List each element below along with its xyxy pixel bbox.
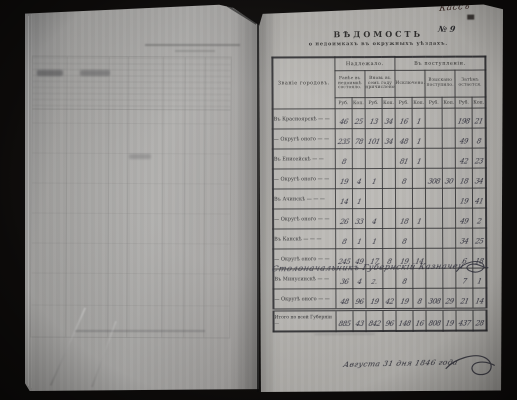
value-cell: 42: [456, 148, 473, 168]
handwritten-value: 8: [341, 158, 347, 166]
page-fold-line: [257, 24, 259, 392]
column-group-header: Въ поступленіи.: [395, 57, 486, 71]
total-value-cell: 842: [366, 309, 383, 331]
unit-header: Коп.: [412, 97, 425, 108]
handwritten-value: 8: [401, 178, 407, 186]
handwritten-value: 34: [384, 138, 394, 146]
value-cell: 1: [365, 228, 382, 248]
column-header: Ранѣе въ недоимкѣ состояло.: [335, 71, 365, 98]
handwritten-value: 34: [460, 238, 470, 246]
total-label: Итого по всей Губерніи —: [273, 310, 335, 332]
unit-header: Коп.: [442, 97, 455, 108]
total-value-cell: 96: [383, 309, 396, 331]
ghost-table-header: [32, 56, 230, 110]
value-cell: 13: [365, 108, 382, 128]
row-label: Въ Канскѣ — — —: [273, 229, 335, 249]
value-cell: [365, 188, 382, 208]
handwritten-value: 46: [339, 118, 349, 126]
unit-header: Коп.: [352, 98, 365, 109]
document-subtitle: о недоимкахъ въ окружныхъ уѣздахъ.: [268, 41, 488, 48]
value-cell: 78: [352, 129, 365, 149]
unit-header: Руб.: [425, 97, 442, 108]
value-cell: 1: [365, 168, 382, 188]
value-cell: [352, 149, 365, 169]
corner-handwriting: Кассъ: [439, 3, 471, 14]
handwritten-value: 19: [445, 320, 455, 328]
handwritten-value: 885: [338, 320, 352, 328]
handwritten-value: 33: [354, 218, 364, 226]
handwritten-value: 8: [401, 238, 407, 246]
value-cell: [443, 208, 456, 228]
value-cell: 30: [443, 168, 456, 188]
value-cell: 8: [395, 168, 412, 188]
handwritten-value: 13: [369, 118, 379, 126]
document-content: Кассъ № 9 ВѢДОМОСТЬ о недоимкахъ въ окру…: [259, 3, 503, 392]
value-cell: [425, 108, 442, 128]
value-cell: 8: [335, 149, 352, 169]
arrears-table: Званіе городовъ.Надлежало.Въ поступленіи…: [271, 56, 487, 333]
value-cell: [442, 148, 455, 168]
handwritten-value: 148: [398, 320, 412, 328]
handwritten-value: 8: [417, 298, 423, 306]
unit-header: Руб.: [455, 97, 472, 108]
handwritten-value: 48: [339, 298, 349, 306]
handwritten-value: 21: [460, 298, 470, 306]
handwritten-value: 48: [399, 138, 409, 146]
value-cell: 1: [412, 108, 425, 128]
value-cell: [395, 188, 412, 208]
row-label-header: Званіе городовъ.: [272, 57, 334, 109]
value-cell: 8: [396, 228, 413, 248]
handwritten-value: 49: [460, 218, 470, 226]
value-cell: 25: [473, 228, 486, 248]
value-cell: 34: [382, 108, 395, 128]
handwritten-value: 34: [384, 118, 394, 126]
value-cell: 19: [366, 288, 383, 309]
value-cell: 8: [335, 229, 352, 249]
column-header: Взыскано поступило.: [425, 70, 455, 97]
value-cell: [442, 128, 455, 148]
total-value-cell: 885: [336, 310, 353, 332]
ink-smudge: [80, 70, 110, 76]
value-cell: 1: [413, 208, 426, 228]
value-cell: [425, 148, 442, 168]
handwritten-value: 21: [474, 118, 484, 126]
handwritten-value: 1: [356, 198, 362, 206]
handwritten-value: 19: [459, 198, 469, 206]
handwritten-value: 101: [367, 138, 381, 146]
microfilm-photo: Кассъ № 9 ВѢДОМОСТЬ о недоимкахъ въ окру…: [0, 0, 517, 400]
value-cell: 19: [456, 188, 473, 208]
value-cell: 8: [413, 288, 426, 309]
signature-flourish: [455, 259, 489, 277]
handwritten-value: 19: [339, 178, 349, 186]
column-header: Вновь въ семъ году причислено.: [365, 70, 395, 97]
handwritten-value: 26: [339, 218, 349, 226]
unit-header: Руб.: [335, 98, 352, 109]
row-label: — Округѣ оного — —: [273, 209, 335, 229]
value-cell: 25: [352, 109, 365, 129]
handwritten-value: 16: [399, 118, 409, 126]
value-cell: 81: [395, 148, 412, 168]
value-cell: 46: [335, 109, 352, 129]
document-title: ВѢДОМОСТЬ: [278, 29, 478, 40]
handwritten-value: 96: [354, 298, 364, 306]
handwritten-value: 14: [339, 198, 349, 206]
handwritten-value: 308: [427, 178, 441, 186]
value-cell: 96: [353, 289, 366, 310]
handwritten-value: 16: [415, 320, 425, 328]
value-cell: 14: [473, 288, 486, 309]
ghost-table: [30, 55, 231, 338]
corner-mark: [467, 15, 474, 20]
handwritten-value: 2: [476, 218, 482, 226]
value-cell: 14: [335, 189, 352, 209]
unit-header: Руб.: [395, 97, 412, 108]
value-cell: 2: [473, 208, 486, 228]
handwritten-value: 8: [402, 278, 408, 286]
value-cell: [382, 208, 395, 228]
handwritten-value: 1: [477, 278, 483, 286]
value-cell: 4: [365, 208, 382, 228]
row-label: Въ Енисейскѣ — —: [273, 149, 335, 169]
handwritten-value: 808: [428, 320, 442, 328]
value-cell: 34: [473, 168, 486, 188]
total-value-cell: 437: [456, 309, 473, 331]
right-page: Кассъ № 9 ВѢДОМОСТЬ о недоимкахъ въ окру…: [259, 3, 503, 392]
value-cell: 1: [352, 189, 365, 209]
value-cell: 308: [426, 288, 443, 309]
handwritten-value: 437: [458, 320, 472, 328]
date-flourish: [445, 350, 497, 380]
pencil-note: [145, 44, 240, 46]
handwritten-value: 1: [416, 118, 422, 126]
value-cell: [382, 148, 395, 168]
total-value-cell: 16: [413, 309, 426, 331]
value-cell: 34: [382, 128, 395, 148]
value-cell: [426, 228, 443, 248]
row-label: — Округѣ оного — —: [273, 169, 335, 189]
handwritten-value: 25: [475, 238, 485, 246]
value-cell: 8: [472, 128, 485, 148]
handwritten-value: 25: [354, 118, 364, 126]
table-row: Въ Красноярскѣ — —4625133416119821: [273, 108, 486, 129]
handwritten-value: 198: [457, 118, 471, 126]
value-cell: 235: [335, 129, 352, 149]
value-cell: 48: [336, 289, 353, 310]
handwritten-value: 1: [371, 178, 377, 186]
handwritten-value: 4: [371, 218, 377, 226]
table-row: — Округѣ оного — —19418308301834: [273, 168, 486, 189]
value-cell: 1: [412, 128, 425, 148]
handwritten-value: 36: [339, 278, 349, 286]
date-handwriting: Августа 31 дня 1846 года: [342, 358, 458, 369]
value-cell: 49: [456, 208, 473, 228]
total-value-cell: 28: [473, 309, 486, 331]
value-cell: [413, 188, 426, 208]
table-row: Въ Ачинскѣ — — —1411941: [273, 188, 486, 209]
handwritten-value: 308: [428, 298, 442, 306]
handwritten-value: 42: [459, 158, 469, 166]
value-cell: 101: [365, 128, 382, 148]
value-cell: 48: [395, 128, 412, 148]
value-cell: 308: [425, 168, 442, 188]
value-cell: 29: [443, 288, 456, 309]
handwritten-value: 4: [356, 178, 362, 186]
handwritten-value: 19: [400, 298, 410, 306]
value-cell: 42: [383, 288, 396, 309]
unit-header: Руб.: [365, 97, 382, 108]
total-value-cell: 808: [426, 309, 443, 331]
value-cell: 21: [472, 108, 485, 128]
handwritten-value: 34: [474, 178, 484, 186]
gutter-shadow: [233, 4, 259, 391]
row-label: Въ Ачинскѣ — — —: [273, 189, 335, 209]
value-cell: 1: [352, 229, 365, 249]
value-cell: [365, 148, 382, 168]
value-cell: [412, 168, 425, 188]
row-label: — Округѣ оного — —: [273, 129, 335, 149]
value-cell: 49: [455, 128, 472, 148]
handwritten-value: 1: [416, 138, 422, 146]
value-cell: 18: [456, 168, 473, 188]
handwritten-value: 1: [356, 238, 362, 246]
column-header: Исключено.: [395, 70, 425, 97]
value-cell: 18: [396, 208, 413, 228]
value-cell: 19: [396, 288, 413, 309]
value-cell: [426, 188, 443, 208]
ink-smudge: [37, 70, 63, 76]
handwritten-value: 49: [459, 138, 469, 146]
handwritten-value: 30: [444, 178, 454, 186]
total-row: Итого по всей Губерніи —8854384296148168…: [273, 309, 486, 331]
value-cell: 41: [473, 188, 486, 208]
value-cell: 23: [473, 148, 486, 168]
handwritten-value: 235: [337, 138, 351, 146]
handwritten-value: 8: [476, 138, 482, 146]
value-cell: 19: [335, 169, 352, 189]
handwritten-value: 1: [416, 218, 422, 226]
value-cell: [383, 228, 396, 248]
ink-smudge: [129, 154, 151, 159]
handwritten-value: 4: [356, 278, 362, 286]
value-cell: [443, 188, 456, 208]
value-cell: 33: [352, 209, 365, 229]
value-cell: 16: [395, 108, 412, 128]
handwritten-value: 1: [371, 238, 377, 246]
value-cell: [442, 108, 455, 128]
handwritten-value: 96: [385, 320, 395, 328]
table-row: — Округѣ оного — —26334181492: [273, 208, 486, 229]
handwritten-value: 7: [462, 278, 468, 286]
handwritten-value: 23: [474, 158, 484, 166]
table-row: — Округѣ оного — —48961942198308292114: [273, 288, 486, 310]
handwritten-value: 41: [474, 198, 484, 206]
handwritten-value: 81: [399, 158, 409, 166]
handwritten-value: 42: [385, 298, 395, 306]
value-cell: 26: [335, 209, 352, 229]
handwritten-value: 842: [368, 320, 382, 328]
value-cell: [443, 268, 456, 288]
table-row: Въ Енисейскѣ — —88114223: [273, 148, 486, 169]
value-cell: [413, 228, 426, 248]
column-header: Затѣмъ остается.: [455, 70, 485, 97]
value-cell: [425, 128, 442, 148]
handwritten-value: 78: [354, 138, 364, 146]
table-row: — Округѣ оного — —2357810134481498: [273, 128, 486, 149]
handwritten-value: 43: [355, 320, 365, 328]
value-cell: 4: [352, 169, 365, 189]
handwritten-value: 18: [459, 178, 469, 186]
left-page: [25, 4, 259, 391]
value-cell: [443, 228, 456, 248]
value-cell: [382, 168, 395, 188]
total-value-cell: 43: [353, 310, 366, 332]
unit-header: Коп.: [472, 97, 485, 108]
value-cell: 34: [456, 228, 473, 248]
value-cell: 198: [455, 108, 472, 128]
total-value-cell: 148: [396, 309, 413, 331]
handwritten-value: 1: [416, 158, 422, 166]
handwritten-value: 29: [445, 298, 455, 306]
value-cell: 21: [456, 288, 473, 309]
handwritten-value: 18: [399, 218, 409, 226]
value-cell: [382, 188, 395, 208]
value-cell: [426, 208, 443, 228]
handwritten-value: 14: [475, 298, 485, 306]
handwritten-value: 28: [475, 320, 485, 328]
handwritten-value: 8: [341, 238, 347, 246]
table-row: Въ Канскѣ — — —81183425: [273, 228, 486, 249]
column-group-header: Надлежало.: [335, 57, 395, 71]
pencil-note: [175, 50, 215, 52]
row-label: Въ Красноярскѣ — —: [273, 109, 335, 129]
row-label: — Округѣ оного — —: [273, 289, 335, 310]
total-value-cell: 19: [443, 309, 456, 331]
unit-header: Коп.: [382, 97, 395, 108]
value-cell: 1: [412, 148, 425, 168]
handwritten-value: 19: [370, 298, 380, 306]
